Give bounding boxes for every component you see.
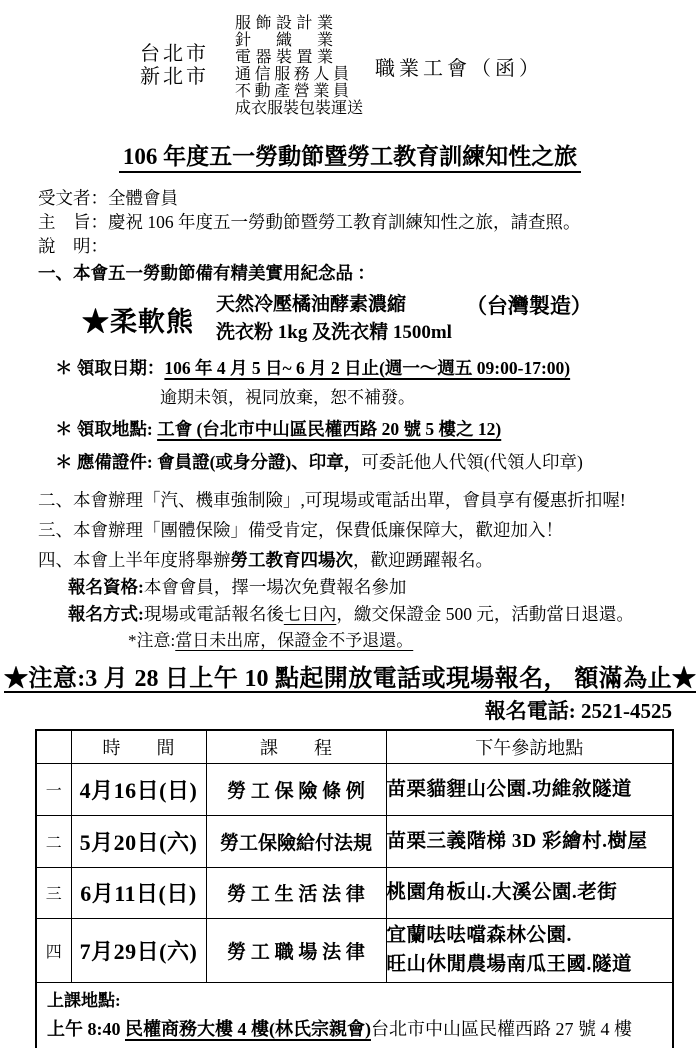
schedule-row: 二 5月20日(六) 勞工保險給付法規 苗栗三義階梯 3D 彩繪村.樹屋	[36, 815, 673, 867]
industry-line: 成衣服裝包裝運送	[235, 100, 369, 117]
table-footer-row: 上課地點: 上午 8:40 民權商務大樓 4 樓(林氏宗親會)台北市中山區民權西…	[36, 982, 673, 1048]
overdue-note: 逾期未領，視同放棄，恕不補發。	[160, 387, 700, 408]
row-number: 四	[36, 918, 71, 982]
registration-notice-text: ★注意:3 月 28 日上午 10 點起開放電話或現場報名， 額滿為止★	[4, 666, 696, 692]
visit-place-line1: 桃園角板山.大溪公園.老街	[387, 878, 673, 907]
visit-place-line2: 旺山休閒農場南瓜王國.隧道	[387, 950, 673, 979]
attention-row: *注意:當日未出席，保證金不予退還。	[128, 630, 700, 651]
method-row: 報名方式:現場或電話報名後七日內，繳交保證金 500 元，活動當日退還。	[68, 604, 700, 625]
course-name: 勞 工 生 活 法 律	[206, 867, 386, 918]
letterhead: 台北市 新北市 服飾設計業 針織業 電器裝置業 通信服務人員 不動產營業員 成衣…	[140, 14, 700, 118]
header-no	[36, 730, 71, 763]
gift-block: ★柔軟熊 天然冷壓橘油酵素濃縮 洗衣粉 1kg 及洗衣精 1500ml （台灣製…	[82, 288, 700, 350]
phone-number: 2521-4525	[581, 699, 672, 723]
class-venue: 民權商務大樓 4 樓(林氏宗親會)	[125, 1019, 371, 1039]
table-footer-cell: 上課地點: 上午 8:40 民權商務大樓 4 樓(林氏宗親會)台北市中山區民權西…	[36, 982, 673, 1048]
pickup-date-label: ＊ 領取日期：	[55, 358, 164, 378]
item4-suffix: ，歡迎踴躍報名。	[353, 550, 493, 570]
header-time: 時 間	[71, 730, 206, 763]
item4-prefix: 四、本會上半年度將舉辦	[38, 550, 231, 570]
visit-place: 苗栗貓貍山公園.功維敘隧道	[386, 763, 673, 815]
document-title: 106 年度五一勞動節暨勞工教育訓練知性之旅	[0, 138, 700, 172]
industry-line: 服飾設計業	[235, 15, 333, 32]
visit-place: 宜蘭呿呿噹森林公園.旺山休閒農場南瓜王國.隧道	[386, 918, 673, 982]
method-underline: 七日內	[284, 604, 337, 624]
attention-prefix: *注意:	[128, 631, 175, 650]
letterhead-cities: 台北市 新北市	[140, 43, 209, 89]
gift-origin: （台灣製造）	[466, 290, 592, 320]
org-type: 職業工會（函）	[375, 52, 543, 81]
explanation-label: 說 明：	[38, 236, 108, 256]
class-location-line: 上午 8:40 民權商務大樓 4 樓(林氏宗親會)台北市中山區民權西路 27 號…	[47, 1016, 662, 1042]
method-suffix: ，繳交保證金 500 元，活動當日退還。	[336, 604, 634, 624]
pickup-place-label: ＊ 領取地點:	[55, 419, 157, 439]
header-course: 課 程	[206, 730, 386, 763]
documents-extra: 可委託他人代領(代領人印章)	[361, 452, 583, 472]
qualification-row: 報名資格:本會會員，擇一場次免費報名參加	[68, 577, 700, 598]
qualification-label: 報名資格:	[68, 577, 144, 597]
pickup-place-row: ＊ 領取地點: 工會 (台北市中山區民權西路 20 號 5 樓之 12)	[55, 418, 700, 440]
course-date: 7月29日(六)	[71, 918, 206, 982]
industry-line: 針織業	[235, 32, 333, 49]
qualification-value: 本會會員，擇一場次免費報名參加	[144, 577, 407, 597]
document-title-text: 106 年度五一勞動節暨勞工教育訓練知性之旅	[119, 144, 581, 173]
class-address: 台北市中山區民權西路 27 號 4 樓	[371, 1019, 632, 1039]
pickup-place-value: 工會 (台北市中山區民權西路 20 號 5 樓之 12)	[157, 419, 501, 439]
subject-value: 慶祝 106 年度五一勞動節暨勞工教育訓練知性之旅，請查照。	[108, 212, 581, 232]
gift-brand: ★柔軟熊	[82, 300, 194, 339]
course-name: 勞 工 保 險 條 例	[206, 763, 386, 815]
subject-label: 主 旨：	[38, 212, 108, 232]
schedule-row: 一 4月16日(日) 勞 工 保 險 條 例 苗栗貓貍山公園.功維敘隧道	[36, 763, 673, 815]
header-place: 下午參訪地點	[386, 730, 673, 763]
row-number: 二	[36, 815, 71, 867]
documents-main: 會員證(或身分證)、印章，	[157, 452, 361, 472]
course-date: 4月16日(日)	[71, 763, 206, 815]
pickup-date-value: 106 年 4 月 5 日~ 6 月 2 日止(週一～週五 09:00-17:0…	[164, 358, 570, 378]
documents-row: ＊ 應備證件: 會員證(或身分證)、印章，可委託他人代領(代領人印章)	[55, 451, 700, 473]
visit-place-line1: 苗栗三義階梯 3D 彩繪村.樹屋	[387, 827, 673, 856]
method-label: 報名方式:	[68, 604, 144, 624]
course-date: 5月20日(六)	[71, 815, 206, 867]
city-bottom: 新北市	[140, 66, 209, 89]
industry-line: 電器裝置業	[235, 49, 333, 66]
documents-label: ＊ 應備證件:	[55, 452, 157, 472]
explanation-row: 說 明：	[38, 234, 700, 258]
subject-row: 主 旨：慶祝 106 年度五一勞動節暨勞工教育訓練知性之旅，請查照。	[38, 210, 700, 234]
meta-block: 受文者：全體會員 主 旨：慶祝 106 年度五一勞動節暨勞工教育訓練知性之旅，請…	[38, 186, 700, 258]
phone-line: 報名電話: 2521-4525	[0, 697, 700, 725]
phone-label: 報名電話:	[485, 699, 581, 723]
class-time: 上午 8:40	[47, 1019, 125, 1039]
course-name: 勞工保險給付法規	[206, 815, 386, 867]
table-header-row: 時 間 課 程 下午參訪地點	[36, 730, 673, 763]
industries-list: 服飾設計業 針織業 電器裝置業 通信服務人員 不動產營業員 成衣服裝包裝運送	[235, 15, 369, 117]
item4-bold: 勞工教育四場次	[231, 550, 354, 570]
row-number: 三	[36, 867, 71, 918]
class-location-label: 上課地點:	[47, 990, 662, 1012]
city-top: 台北市	[140, 43, 209, 66]
row-number: 一	[36, 763, 71, 815]
gift-description: 天然冷壓橘油酵素濃縮 洗衣粉 1kg 及洗衣精 1500ml	[216, 291, 452, 347]
recipient-value: 全體會員	[108, 188, 178, 208]
item-2: 二、本會辦理「汽、機車強制險」,可現場或電話出單，會員享有優惠折扣喔!	[38, 490, 700, 511]
industry-line: 通信服務人員	[235, 66, 349, 83]
pickup-date-row: ＊ 領取日期：106 年 4 月 5 日~ 6 月 2 日止(週一～週五 09:…	[55, 357, 700, 379]
schedule-row: 三 6月11日(日) 勞 工 生 活 法 律 桃園角板山.大溪公園.老街	[36, 867, 673, 918]
visit-place-line1: 苗栗貓貍山公園.功維敘隧道	[387, 775, 673, 804]
recipient-label: 受文者：	[38, 188, 108, 208]
recipient-row: 受文者：全體會員	[38, 186, 700, 210]
visit-place-line1: 宜蘭呿呿噹森林公園.	[387, 921, 673, 950]
schedule-table: 時 間 課 程 下午參訪地點 一 4月16日(日) 勞 工 保 險 條 例 苗栗…	[35, 729, 674, 1048]
course-date: 6月11日(日)	[71, 867, 206, 918]
visit-place: 苗栗三義階梯 3D 彩繪村.樹屋	[386, 815, 673, 867]
gift-desc-line1: 天然冷壓橘油酵素濃縮	[216, 291, 452, 319]
method-prefix: 現場或電話報名後	[144, 604, 284, 624]
registration-notice: ★注意:3 月 28 日上午 10 點起開放電話或現場報名， 額滿為止★	[0, 663, 700, 695]
visit-place: 桃園角板山.大溪公園.老街	[386, 867, 673, 918]
item1-heading: 一、本會五一勞動節備有精美實用紀念品 ：	[38, 262, 700, 284]
attention-underline: 當日未出席，保證金不予退還。	[175, 631, 413, 650]
gift-desc-line2: 洗衣粉 1kg 及洗衣精 1500ml	[216, 319, 452, 347]
item-4: 四、本會上半年度將舉辦勞工教育四場次，歡迎踴躍報名。	[38, 550, 700, 571]
course-name: 勞 工 職 場 法 律	[206, 918, 386, 982]
schedule-row: 四 7月29日(六) 勞 工 職 場 法 律 宜蘭呿呿噹森林公園.旺山休閒農場南…	[36, 918, 673, 982]
document-page: 台北市 新北市 服飾設計業 針織業 電器裝置業 通信服務人員 不動產營業員 成衣…	[0, 0, 700, 1048]
item-3: 三、本會辦理「團體保險」備受肯定，保費低廉保障大，歡迎加入！	[38, 520, 700, 541]
industry-line: 不動產營業員	[235, 83, 349, 100]
